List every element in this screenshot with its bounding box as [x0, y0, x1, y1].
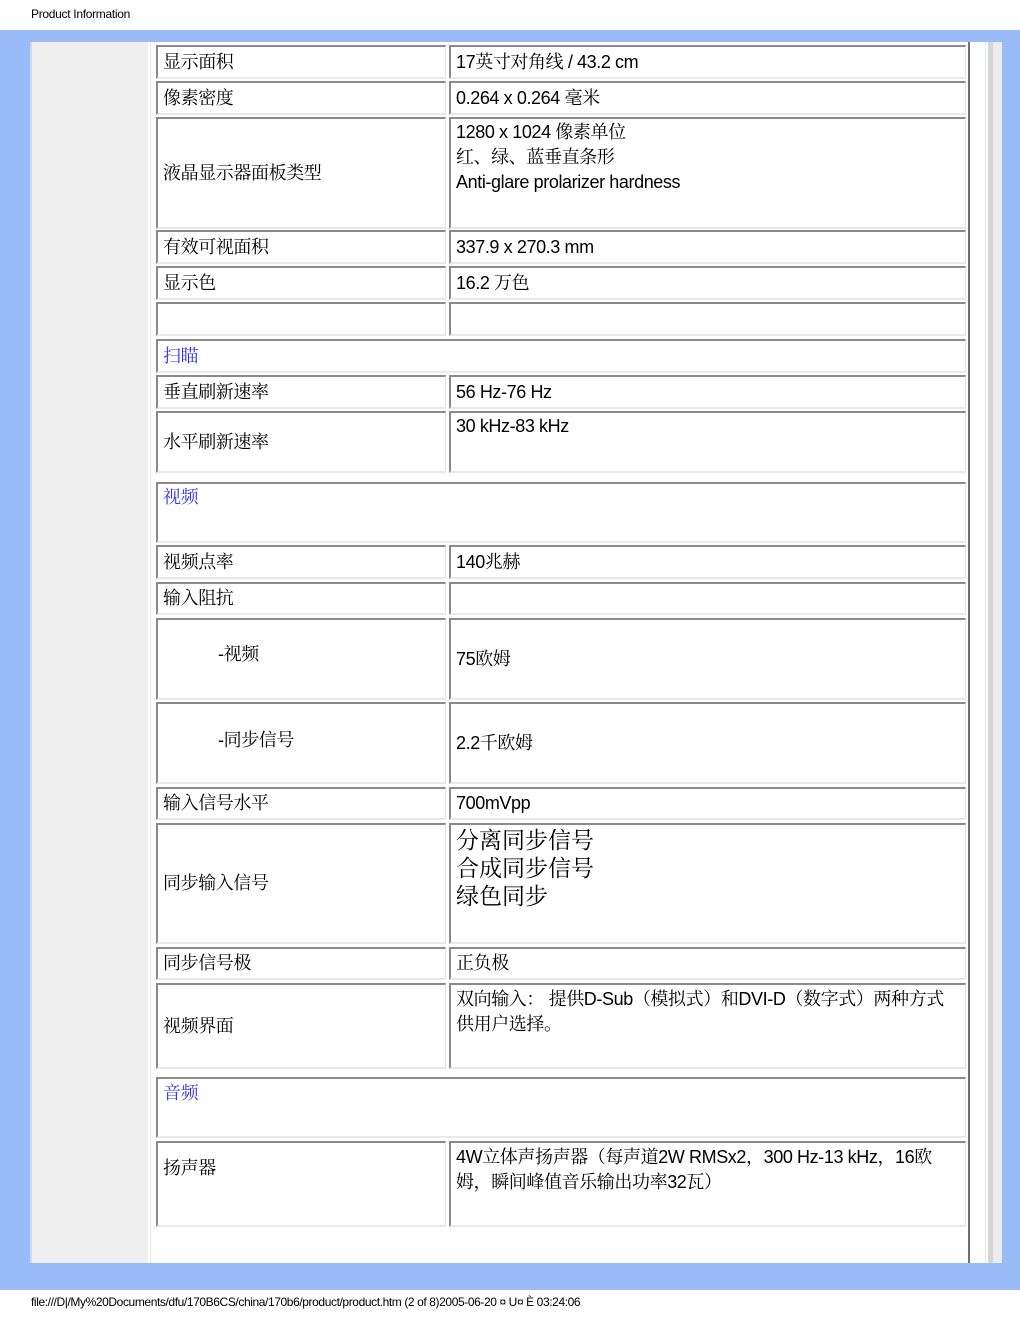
spec-value: [449, 582, 966, 615]
spec-label: 水平刷新速率: [156, 411, 446, 473]
spec-value: 16.2 万色: [449, 266, 966, 300]
spec-value: 分离同步信号 合成同步信号 绿色同步: [449, 823, 966, 944]
spec-label: 视频界面: [156, 983, 446, 1069]
spec-value: 700mVpp: [449, 787, 966, 820]
spec-label: 扬声器: [156, 1141, 446, 1227]
empty-cell: [156, 302, 446, 336]
section-heading-video: 视频: [156, 482, 966, 543]
spec-value: 75欧姆: [449, 618, 966, 700]
spec-value-line: 绿色同步: [456, 882, 594, 910]
spec-label: 液晶显示器面板类型: [156, 117, 446, 229]
spec-table: 显示面积 17英寸对角线 / 43.2 cm 像素密度 0.264 x 0.26…: [0, 0, 1020, 1320]
spec-value: 30 kHz-83 kHz: [449, 411, 966, 473]
empty-cell: [449, 302, 966, 336]
spec-value-line: Anti-glare prolarizer hardness: [456, 170, 680, 195]
spec-value: 337.9 x 270.3 mm: [449, 230, 966, 264]
spec-label: 有效可视面积: [156, 230, 446, 264]
spec-value: 正负极: [449, 947, 966, 980]
spec-value: 双向输入： 提供D-Sub（模拟式）和DVI-D（数字式）两种方式供用户选择。: [449, 983, 966, 1069]
spec-value: 1280 x 1024 像素单位 红、绿、蓝垂直条形 Anti-glare pr…: [449, 117, 966, 229]
footer-file-path: file:///D|/My%20Documents/dfu/170B6CS/ch…: [31, 1294, 580, 1310]
spec-value-line: 分离同步信号: [456, 826, 594, 854]
spec-label: 同步信号极: [156, 947, 446, 980]
spec-label: 同步输入信号: [156, 823, 446, 944]
spec-sublabel: -同步信号: [156, 702, 446, 784]
spec-value: 0.264 x 0.264 毫米: [449, 81, 966, 115]
spec-label: 视频点率: [156, 545, 446, 579]
section-heading-scanning: 扫瞄: [156, 339, 966, 373]
spec-value: 56 Hz-76 Hz: [449, 375, 966, 409]
spec-label: 显示面积: [156, 45, 446, 79]
spec-value: 2.2千欧姆: [449, 702, 966, 784]
section-heading-audio: 音频: [156, 1077, 966, 1138]
spec-label: 垂直刷新速率: [156, 375, 446, 409]
spec-label: 输入信号水平: [156, 787, 446, 820]
spec-value: 140兆赫: [449, 545, 966, 579]
spec-value-line: 红、绿、蓝垂直条形: [456, 145, 680, 170]
spec-sublabel: -视频: [156, 618, 446, 700]
spec-label: 像素密度: [156, 81, 446, 115]
spec-label: 显示色: [156, 266, 446, 300]
spec-value: 17英寸对角线 / 43.2 cm: [449, 45, 966, 79]
spec-value-line: 1280 x 1024 像素单位: [456, 120, 680, 145]
spec-label: 输入阻抗: [156, 582, 446, 615]
spec-value: 4W立体声扬声器（每声道2W RMSx2，300 Hz-13 kHz，16欧姆，…: [449, 1141, 966, 1227]
spec-value-line: 合成同步信号: [456, 854, 594, 882]
